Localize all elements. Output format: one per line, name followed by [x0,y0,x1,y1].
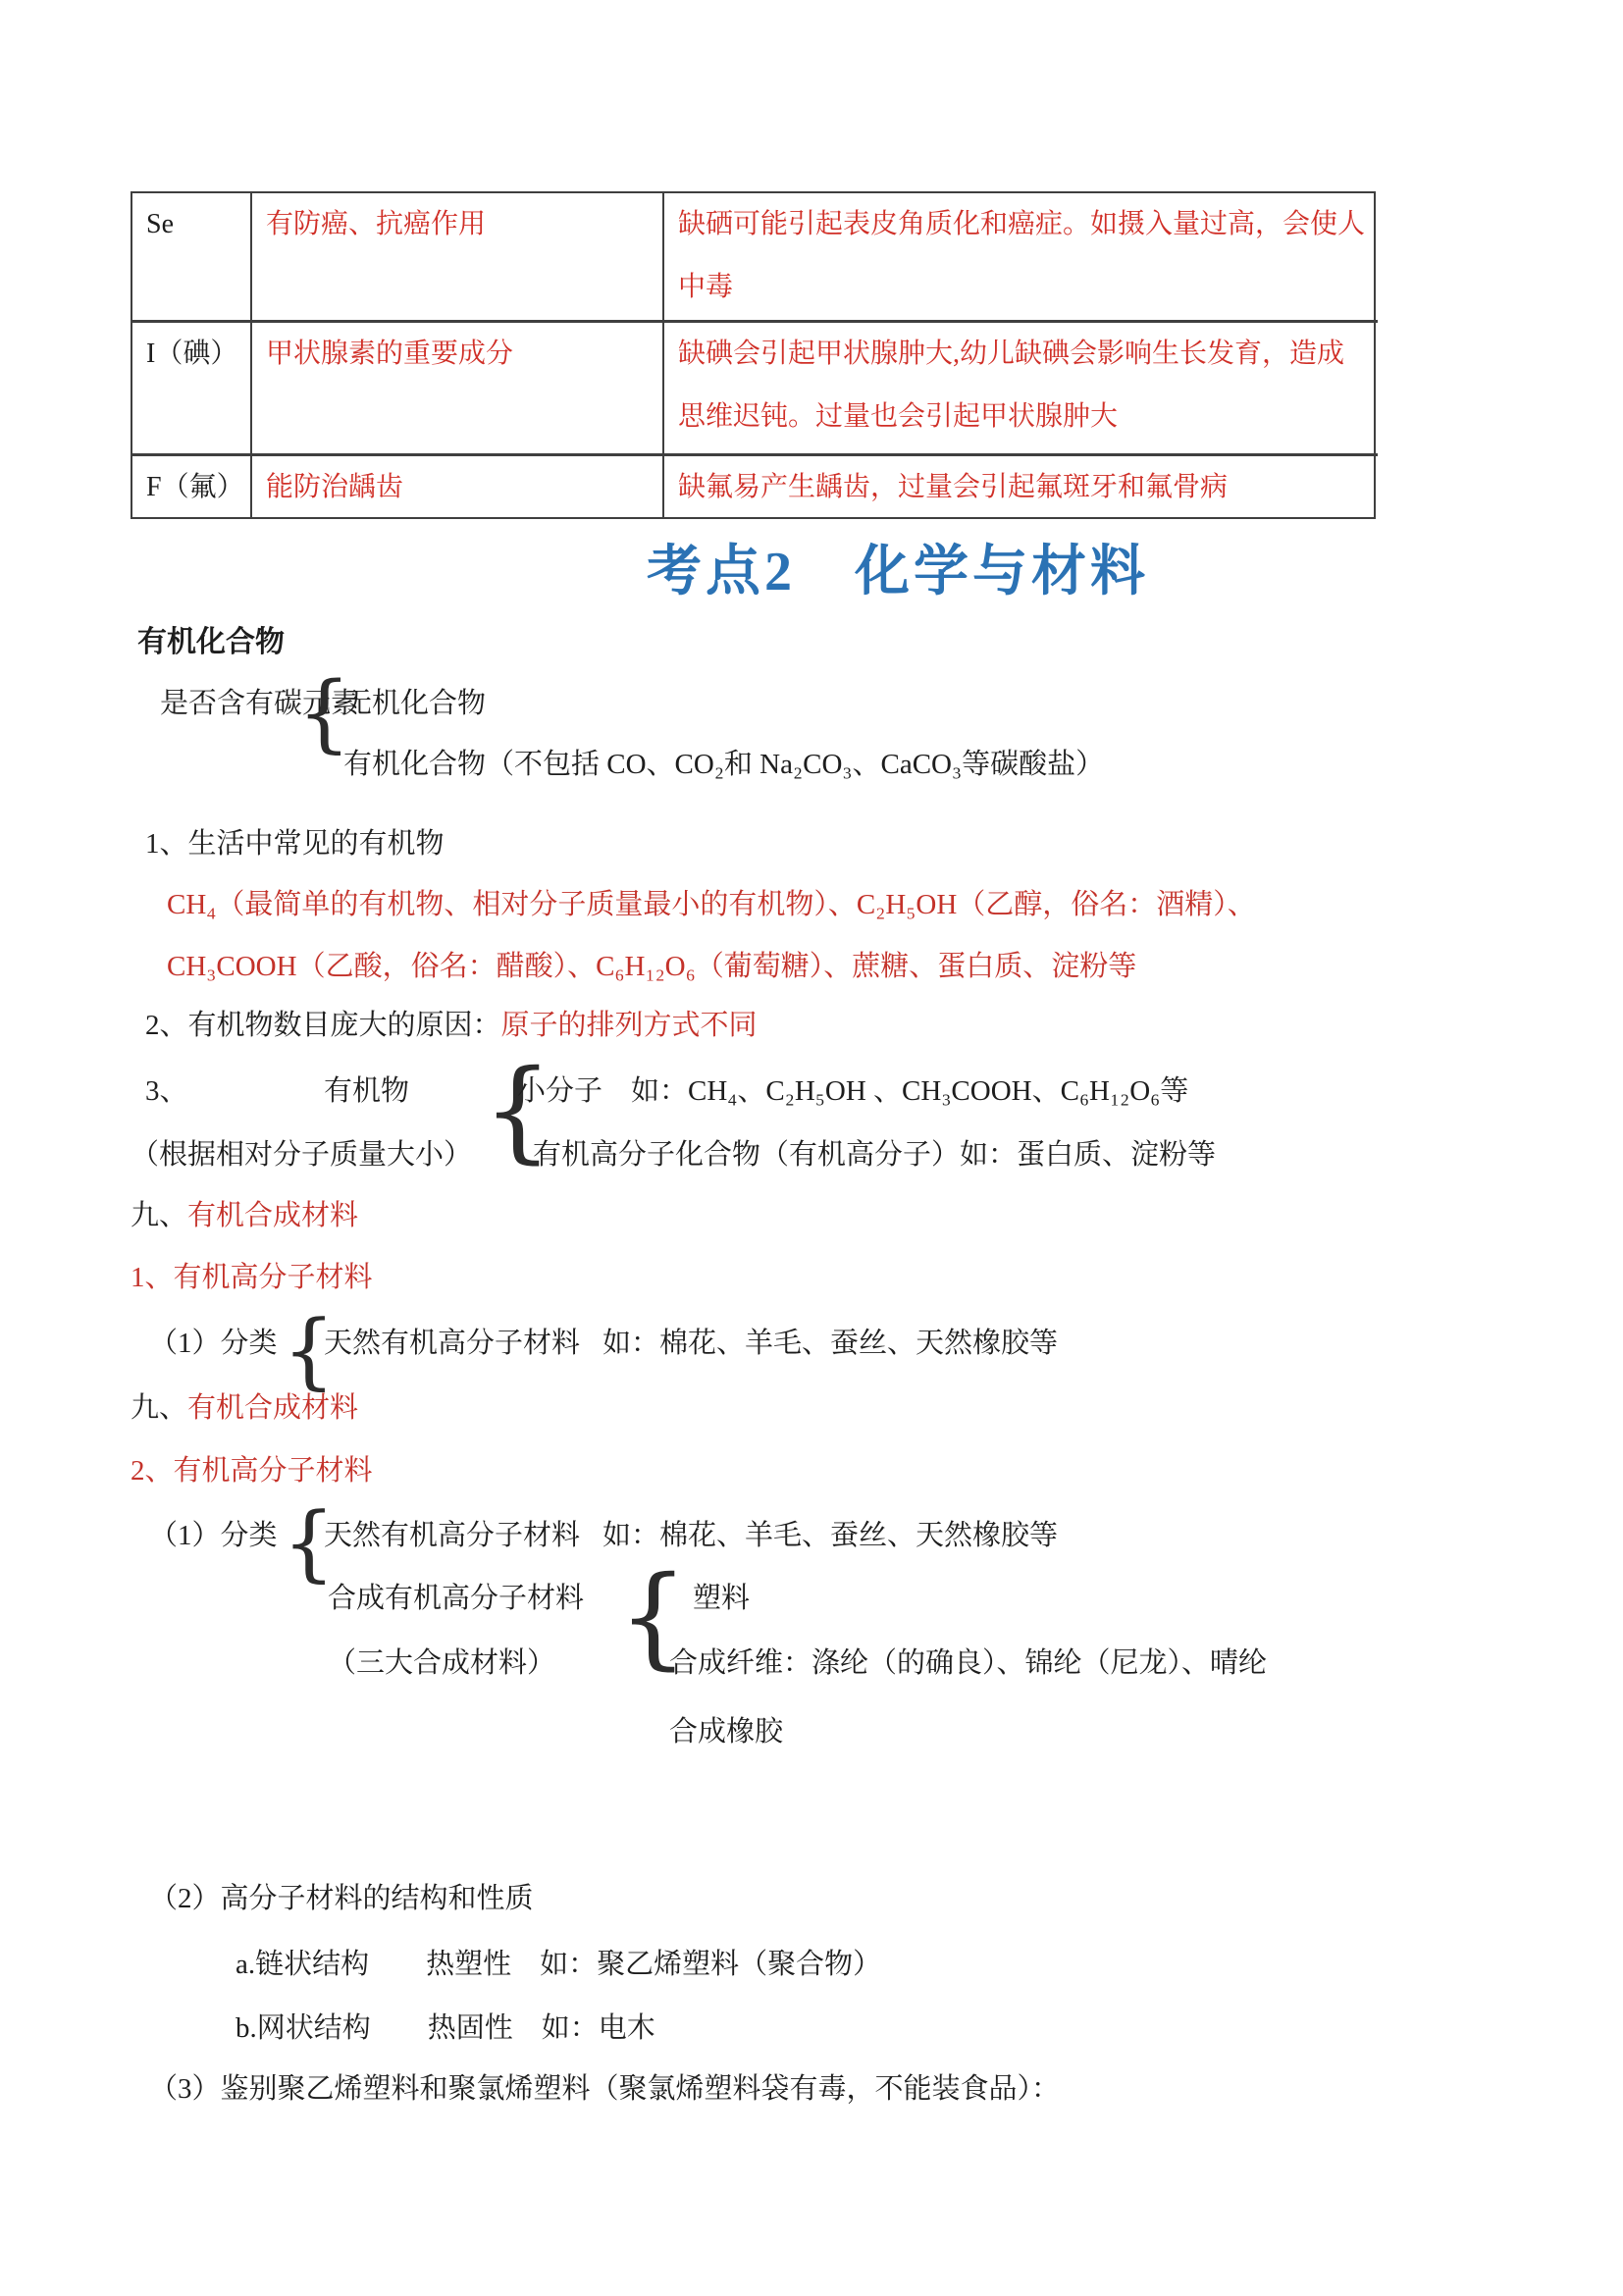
chain-structure-line: a.链状结构 热塑性 如：聚乙烯塑料（聚合物） [236,1948,881,1981]
table-cell-deficiency: 缺氟易产生龋齿，过量会引起氟斑牙和氟骨病 [664,456,1378,517]
table-cell-element: Se [132,193,252,323]
classification-label-1: （1）分类 [149,1327,278,1360]
document-page: Se 有防癌、抗癌作用 缺硒可能引起表皮角质化和癌症。如摄入量过高，会使人中毒 … [0,0,1623,2296]
table-cell-element: I（碘） [132,323,252,456]
table-cell-role: 有防癌、抗癌作用 [252,193,664,323]
natural-polymer-label-2: 天然有机高分子材料 [324,1519,580,1552]
trace-elements-table: Se 有防癌、抗癌作用 缺硒可能引起表皮角质化和癌症。如摄入量过高，会使人中毒 … [131,191,1376,519]
item3-basis-label: （根据相对分子质量大小） [131,1138,472,1172]
network-structure-line: b.网状结构 热固性 如：电木 [236,2011,655,2045]
item2-reason-label: 2、有机物数目庞大的原因： [145,1010,501,1041]
section9-title: 有机合成材料 [187,1392,358,1424]
synthetic-polymer-label: 合成有机高分子材料 [328,1582,584,1615]
item2-reason-line: 2、有机物数目庞大的原因：原子的排列方式不同 [145,1009,758,1042]
section9-line-2: 九、有机合成材料 [131,1391,358,1425]
item2-reason-answer: 原子的排列方式不同 [501,1010,758,1041]
identify-plastics-line: （3）鉴别聚乙烯塑料和聚氯烯塑料（聚氯烯塑料袋有毒，不能装食品）： [149,2072,1060,2106]
item1-examples-line2: CH₃COOH（乙酸，俗名：醋酸）、C₆H₁₂O₆（葡萄糖）、蔗糖、蛋白质、淀粉… [167,950,1136,983]
section9-title: 有机合成材料 [187,1200,358,1231]
item3-number: 3、 [145,1074,188,1108]
table-cell-deficiency: 缺碘会引起甲状腺肿大,幼儿缺碘会影响生长发育，造成思维迟钝。过量也会引起甲状腺肿… [664,323,1378,456]
table-cell-deficiency: 缺硒可能引起表皮角质化和癌症。如摄入量过高，会使人中毒 [664,193,1378,323]
item3-small-molecules-line: 小分子 如：CH₄、C₂H₅OH 、CH₃COOH、C₆H₁₂O₆等 [517,1074,1188,1108]
plastic-label: 塑料 [693,1582,750,1615]
section9-number: 九、 [131,1200,187,1231]
section-heading: 考点2 化学与材料 [173,528,1623,606]
organic-definition-line: 有机化合物（不包括 CO、CO₂和 Na₂CO₃、CaCO₃等碳酸盐） [343,748,1104,781]
natural-polymer-examples-2: 如：棉花、羊毛、蚕丝、天然橡胶等 [602,1519,1058,1552]
structure-properties-title: （2）高分子材料的结构和性质 [149,1882,534,1915]
section9-line-1: 九、有机合成材料 [131,1199,358,1232]
natural-polymer-label-1: 天然有机高分子材料 [324,1327,580,1360]
natural-polymer-examples-1: 如：棉花、羊毛、蚕丝、天然橡胶等 [602,1327,1058,1360]
item3-macromolecule-line: 有机高分子化合物（有机高分子）如：蛋白质、淀粉等 [533,1138,1216,1172]
inorganic-compounds-label: 无机化合物 [343,687,486,720]
synthetic-fiber-line: 合成纤维：涤纶（的确良）、锦纶（尼龙）、晴纶 [669,1646,1267,1680]
table-cell-role: 能防治龋齿 [252,456,664,517]
sub2-polymer-materials-title: 2、有机高分子材料 [131,1454,373,1487]
three-materials-label: （三大合成材料） [328,1646,555,1680]
table-cell-role: 甲状腺素的重要成分 [252,323,664,456]
table-cell-element: F（氟） [132,456,252,517]
sub1-polymer-materials-title: 1、有机高分子材料 [131,1261,373,1294]
synthetic-rubber-label: 合成橡胶 [669,1715,783,1748]
item3-organics-label: 有机物 [324,1074,409,1108]
item1-examples-line1: CH₄（最简单的有机物、相对分子质量最小的有机物）、C₂H₅OH（乙醇，俗名：酒… [167,888,1256,921]
item1-common-organics-title: 1、生活中常见的有机物 [145,827,445,861]
organic-compounds-title: 有机化合物 [137,626,285,659]
section9-number: 九、 [131,1392,187,1424]
classification-label-2: （1）分类 [149,1519,278,1552]
